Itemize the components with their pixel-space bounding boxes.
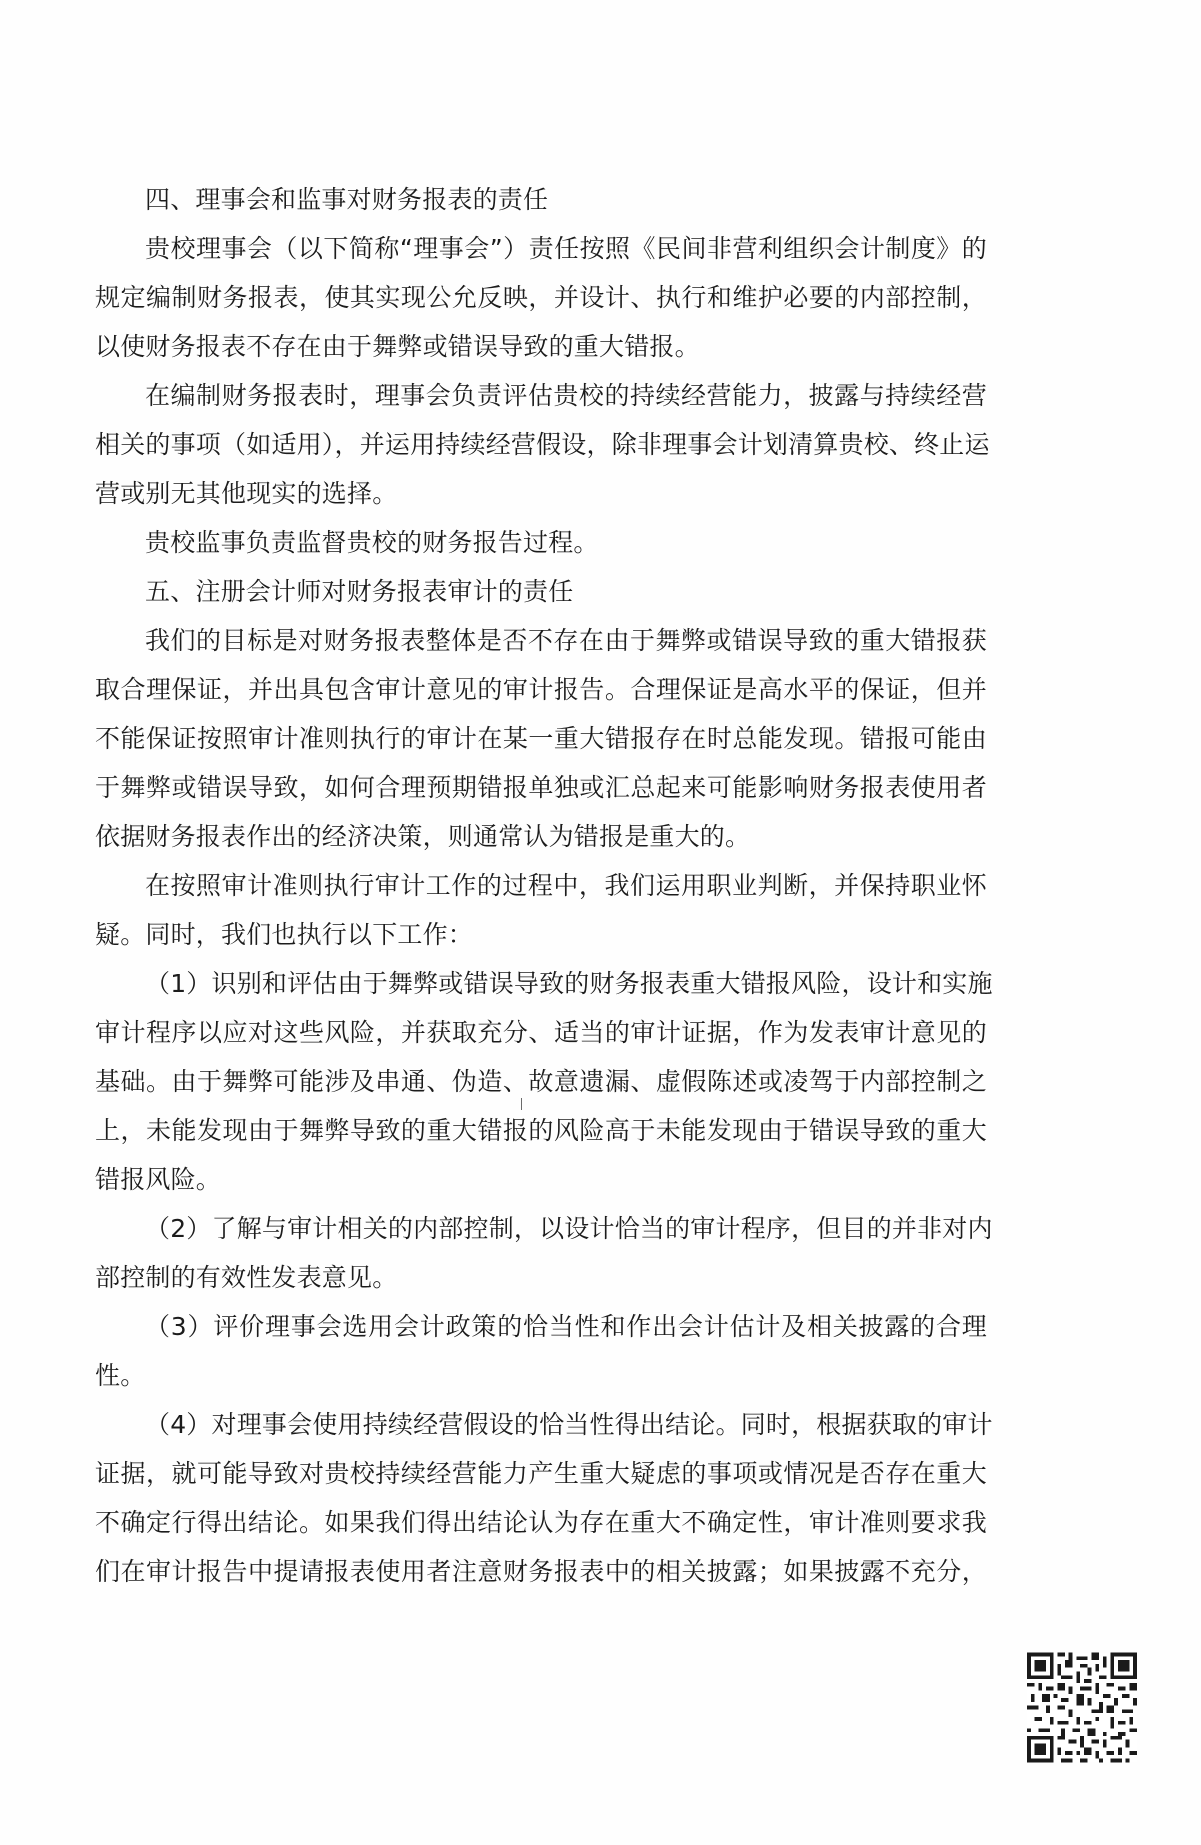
document-body: 四、理事会和监事对财务报表的责任 贵校理事会（以下简称“理事会”）责任按照《民间… [95, 175, 987, 1596]
list-item-4-going-concern-conclusion: （4）对理事会使用持续经营假设的恰当性得出结论。同时，根据获取的审计 证据，就可… [95, 1400, 987, 1596]
paragraph-line: （2）了解与审计相关的内部控制，以设计恰当的审计程序，但目的并非对内 [95, 1204, 987, 1253]
paragraph-line: 我们的目标是对财务报表整体是否不存在由于舞弊或错误导致的重大错报获 [95, 616, 987, 665]
paragraph-line: （3）评价理事会选用会计政策的恰当性和作出会计估计及相关披露的合理 [95, 1302, 987, 1351]
paragraph-line: 依据财务报表作出的经济决策，则通常认为错报是重大的。 [95, 812, 987, 861]
section-heading-4: 四、理事会和监事对财务报表的责任 [95, 175, 987, 224]
qr-code-icon [1027, 1651, 1137, 1764]
section-heading-5: 五、注册会计师对财务报表审计的责任 [95, 567, 987, 616]
paragraph-line: 证据，就可能导致对贵校持续经营能力产生重大疑虑的事项或情况是否存在重大 [95, 1449, 987, 1498]
list-item-1-identify-risks: （1）识别和评估由于舞弊或错误导致的财务报表重大错报风险，设计和实施 审计程序以… [95, 959, 987, 1204]
paragraph-line: 部控制的有效性发表意见。 [95, 1253, 987, 1302]
paragraph-going-concern-assessment: 在编制财务报表时，理事会负责评估贵校的持续经营能力，披露与持续经营 相关的事项（… [95, 371, 987, 518]
paragraph-line: 不能保证按照审计准则执行的审计在某一重大错报存在时总能发现。错报可能由 [95, 714, 987, 763]
paragraph-line: 在编制财务报表时，理事会负责评估贵校的持续经营能力，披露与持续经营 [95, 371, 987, 420]
paragraph-line: 规定编制财务报表，使其实现公允反映，并设计、执行和维护必要的内部控制， [95, 273, 987, 322]
paragraph-board-responsibility: 贵校理事会（以下简称“理事会”）责任按照《民间非营利组织会计制度》的 规定编制财… [95, 224, 987, 371]
paragraph-audit-objective: 我们的目标是对财务报表整体是否不存在由于舞弊或错误导致的重大错报获 取合理保证，… [95, 616, 987, 861]
scan-artifact [521, 1098, 522, 1110]
paragraph-line: 错报风险。 [95, 1155, 987, 1204]
list-item-3-accounting-policies: （3）评价理事会选用会计政策的恰当性和作出会计估计及相关披露的合理 性。 [95, 1302, 987, 1400]
paragraph-line: 审计程序以应对这些风险，并获取充分、适当的审计证据，作为发表审计意见的 [95, 1008, 987, 1057]
list-item-2-internal-control: （2）了解与审计相关的内部控制，以设计恰当的审计程序，但目的并非对内 部控制的有… [95, 1204, 987, 1302]
paragraph-line: 贵校监事负责监督贵校的财务报告过程。 [95, 518, 987, 567]
paragraph-line: 上，未能发现由于舞弊导致的重大错报的风险高于未能发现由于错误导致的重大 [95, 1106, 987, 1155]
paragraph-line: 们在审计报告中提请报表使用者注意财务报表中的相关披露；如果披露不充分， [95, 1547, 987, 1596]
paragraph-line: 不确定行得出结论。如果我们得出结论认为存在重大不确定性，审计准则要求我 [95, 1498, 987, 1547]
paragraph-line: 基础。由于舞弊可能涉及串通、伪造、故意遗漏、虚假陈述或凌驾于内部控制之 [95, 1057, 987, 1106]
paragraph-line: 相关的事项（如适用），并运用持续经营假设，除非理事会计划清算贵校、终止运 [95, 420, 987, 469]
paragraph-line: 贵校理事会（以下简称“理事会”）责任按照《民间非营利组织会计制度》的 [95, 224, 987, 273]
paragraph-line: 性。 [95, 1351, 987, 1400]
paragraph-line: （4）对理事会使用持续经营假设的恰当性得出结论。同时，根据获取的审计 [95, 1400, 987, 1449]
paragraph-line: 疑。同时，我们也执行以下工作： [95, 910, 987, 959]
paragraph-line: （1）识别和评估由于舞弊或错误导致的财务报表重大错报风险，设计和实施 [95, 959, 987, 1008]
paragraph-supervisor-responsibility: 贵校监事负责监督贵校的财务报告过程。 [95, 518, 987, 567]
paragraph-professional-judgment: 在按照审计准则执行审计工作的过程中，我们运用职业判断，并保持职业怀 疑。同时，我… [95, 861, 987, 959]
paragraph-line: 以使财务报表不存在由于舞弊或错误导致的重大错报。 [95, 322, 987, 371]
paragraph-line: 于舞弊或错误导致，如何合理预期错报单独或汇总起来可能影响财务报表使用者 [95, 763, 987, 812]
paragraph-line: 营或别无其他现实的选择。 [95, 469, 987, 518]
paragraph-line: 在按照审计准则执行审计工作的过程中，我们运用职业判断，并保持职业怀 [95, 861, 987, 910]
document-page: 四、理事会和监事对财务报表的责任 贵校理事会（以下简称“理事会”）责任按照《民间… [0, 0, 1201, 1845]
paragraph-line: 取合理保证，并出具包含审计意见的审计报告。合理保证是高水平的保证，但并 [95, 665, 987, 714]
